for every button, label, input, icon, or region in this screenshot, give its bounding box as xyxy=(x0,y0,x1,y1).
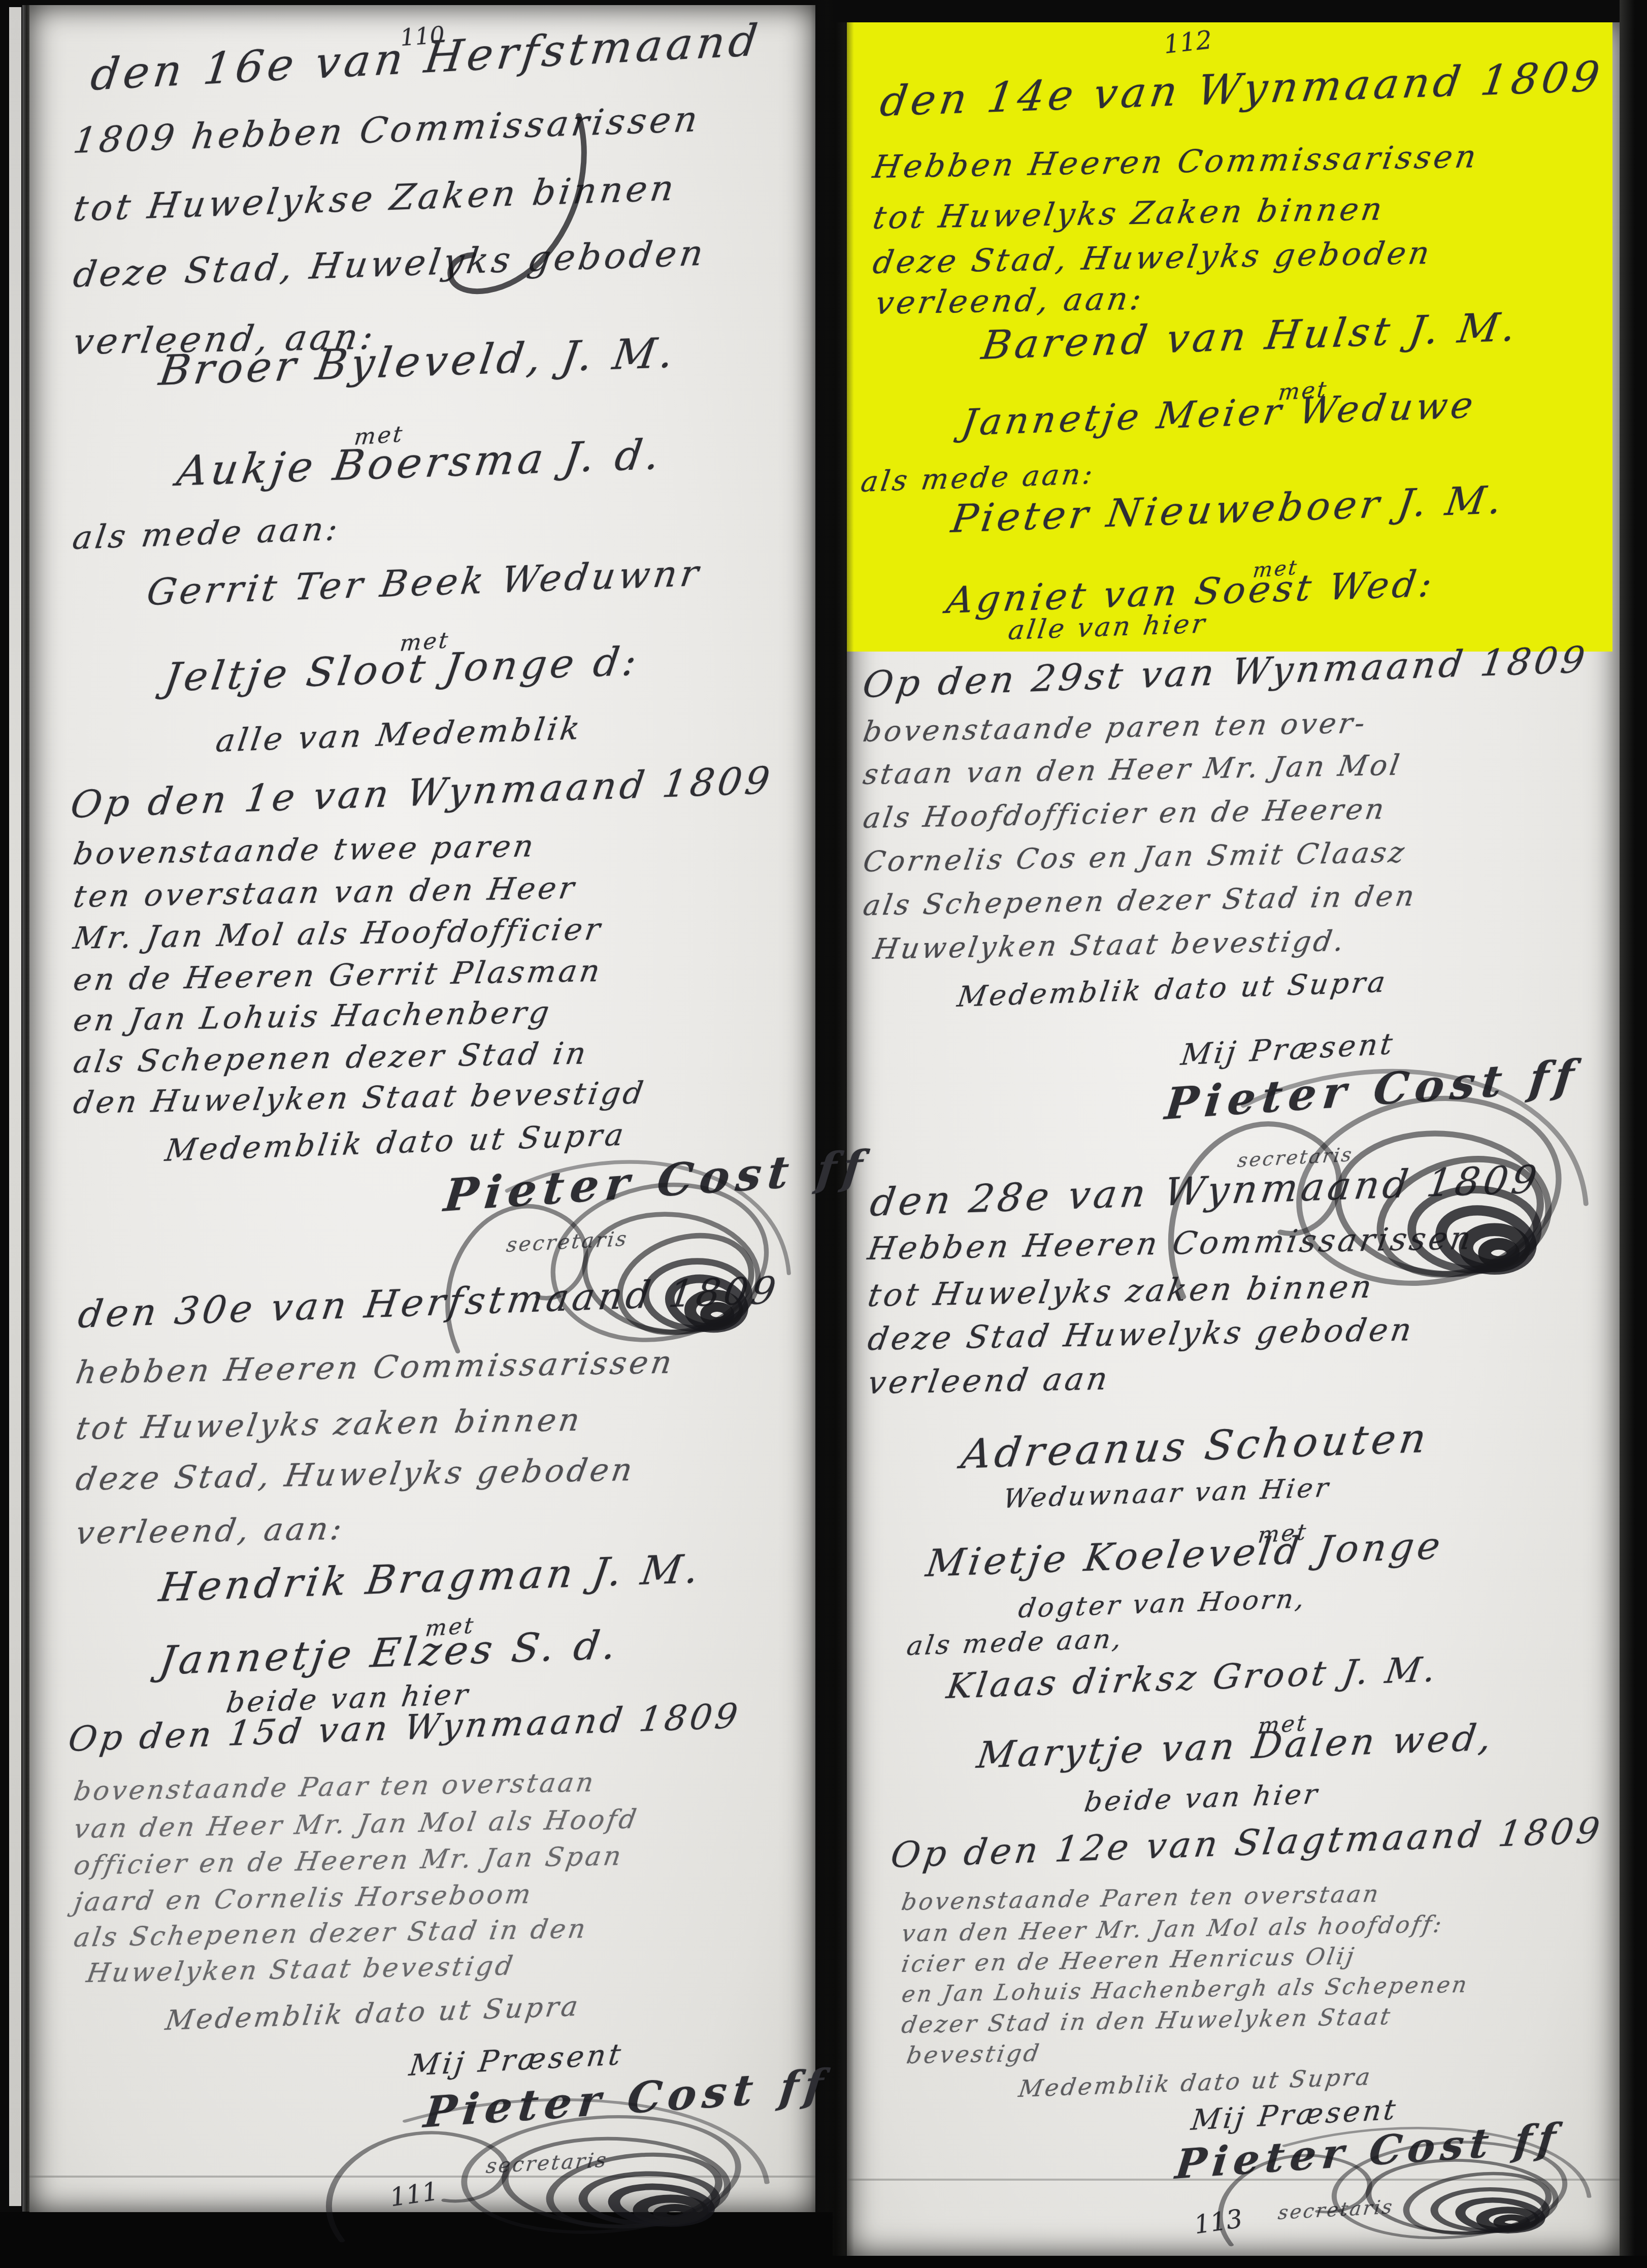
handwritten-line: den Huwelyken Staat bevestigd xyxy=(71,1078,648,1118)
signature-flourish xyxy=(315,2087,797,2265)
handwritten-line: als Schepenen dezer Stad in xyxy=(71,1038,590,1078)
handwritten-line: alle van hier xyxy=(1007,610,1209,644)
handwritten-line: deze Stad, Huwelyks geboden xyxy=(871,237,1434,278)
handwritten-line: als mede aan: xyxy=(71,513,342,555)
book-gutter xyxy=(810,0,854,2268)
handwritten-line: verleend, aan: xyxy=(873,283,1146,319)
handwritten-line: Huwelyken Staat bevestigd xyxy=(85,1953,517,1987)
signature-flourish xyxy=(1208,2118,1615,2265)
handwritten-line: deze Stad, Huwelyks geboden xyxy=(74,1454,637,1495)
handwritten-line: bovenstaande twee paren xyxy=(71,831,538,869)
page-stack-edge-line xyxy=(22,5,29,2212)
page-number-top-right: 112 xyxy=(1163,27,1213,57)
handwritten-line: ten overstaan van den Heer xyxy=(71,873,579,912)
handwritten-line: als mede aan, xyxy=(905,1626,1126,1660)
scan-border-right xyxy=(1620,0,1647,2268)
handwritten-line: beide van hier xyxy=(1082,1780,1321,1816)
handwritten-line: Mr. Jan Mol als Hoofdofficier xyxy=(71,914,605,954)
handwritten-line: als mede aan: xyxy=(859,460,1097,497)
handwritten-line: bevestigd xyxy=(905,2041,1043,2067)
signature-flourish xyxy=(1158,1051,1615,1336)
handwritten-line: verleend, aan: xyxy=(74,1513,347,1549)
handwritten-line: tot Huwelyks Zaken binnen xyxy=(871,193,1387,234)
handwritten-line: verleend aan xyxy=(866,1363,1112,1399)
handwritten-line: tot Huwelyks zaken binnen xyxy=(74,1404,584,1444)
handwritten-line: en de Heeren Gerrit Plasman xyxy=(71,956,604,995)
pen-swash xyxy=(421,112,635,305)
scan-border-top xyxy=(833,0,1647,22)
handwritten-line: bovenstaande paren ten over- xyxy=(861,709,1369,747)
handwritten-line: jaard en Cornelis Horseboom xyxy=(72,1881,535,1916)
handwritten-line: Huwelyken Staat bevestigd. xyxy=(871,927,1348,964)
signature-flourish xyxy=(437,1145,812,1384)
scanned-register-spread: 110 112 111 113 den 16e van Herfstmaand1… xyxy=(0,0,1647,2268)
handwritten-line: en Jan Lohuis Hachenberg xyxy=(71,997,553,1036)
page-stack-edge xyxy=(9,7,21,2206)
